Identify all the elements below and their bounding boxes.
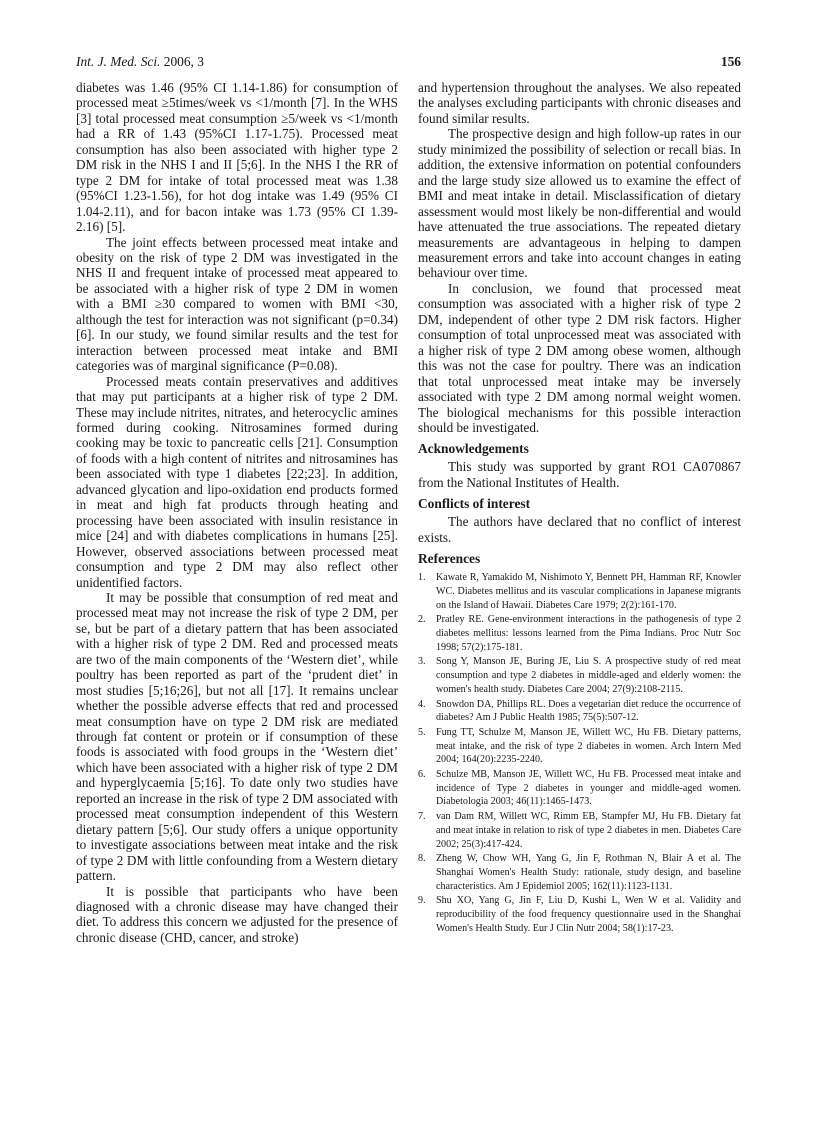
- paragraph: diabetes was 1.46 (95% CI 1.14-1.86) for…: [76, 80, 398, 235]
- reference-number: 9.: [418, 894, 426, 908]
- reference-item: 2.Pratley RE. Gene-environment interacti…: [418, 613, 741, 654]
- acknowledgements-text: This study was supported by grant RO1 CA…: [418, 459, 741, 490]
- reference-item: 8.Zheng W, Chow WH, Yang G, Jin F, Rothm…: [418, 852, 741, 893]
- reference-number: 1.: [418, 571, 426, 585]
- reference-text: Song Y, Manson JE, Buring JE, Liu S. A p…: [436, 656, 741, 694]
- reference-text: Zheng W, Chow WH, Yang G, Jin F, Rothman…: [436, 853, 741, 891]
- reference-text: Shu XO, Yang G, Jin F, Liu D, Kushi L, W…: [436, 895, 741, 933]
- reference-text: Fung TT, Schulze M, Manson JE, Willett W…: [436, 727, 741, 765]
- conflicts-text: The authors have declared that no confli…: [418, 514, 741, 545]
- reference-text: van Dam RM, Willett WC, Rimm EB, Stampfe…: [436, 811, 741, 849]
- reference-number: 6.: [418, 768, 426, 782]
- reference-item: 4.Snowdon DA, Phillips RL. Does a vegeta…: [418, 698, 741, 725]
- reference-text: Pratley RE. Gene-environment interaction…: [436, 614, 741, 652]
- reference-item: 9.Shu XO, Yang G, Jin F, Liu D, Kushi L,…: [418, 894, 741, 935]
- page-header: Int. J. Med. Sci. 2006, 3 156: [76, 54, 741, 74]
- reference-item: 6.Schulze MB, Manson JE, Willett WC, Hu …: [418, 768, 741, 809]
- paragraph: Processed meats contain preservatives an…: [76, 374, 398, 590]
- acknowledgements-heading: Acknowledgements: [418, 441, 741, 457]
- reference-number: 7.: [418, 810, 426, 824]
- reference-item: 7.van Dam RM, Willett WC, Rimm EB, Stamp…: [418, 810, 741, 851]
- paragraph: The joint effects between processed meat…: [76, 235, 398, 374]
- journal-citation: Int. J. Med. Sci. 2006, 3: [76, 54, 204, 70]
- reference-number: 4.: [418, 698, 426, 712]
- paragraph: It is possible that participants who hav…: [76, 884, 398, 946]
- conflicts-heading: Conflicts of interest: [418, 496, 741, 512]
- reference-number: 5.: [418, 726, 426, 740]
- reference-text: Kawate R, Yamakido M, Nishimoto Y, Benne…: [436, 572, 741, 610]
- references-heading: References: [418, 551, 741, 567]
- paragraph: In conclusion, we found that processed m…: [418, 281, 741, 436]
- journal-name: Int. J. Med. Sci.: [76, 54, 160, 69]
- reference-number: 3.: [418, 655, 426, 669]
- reference-text: Schulze MB, Manson JE, Willett WC, Hu FB…: [436, 769, 741, 807]
- left-column: diabetes was 1.46 (95% CI 1.14-1.86) for…: [76, 80, 398, 945]
- reference-text: Snowdon DA, Phillips RL. Does a vegetari…: [436, 699, 741, 724]
- journal-year-volume: 2006, 3: [164, 54, 204, 69]
- right-column: and hypertension throughout the analyses…: [418, 80, 741, 937]
- paragraph: and hypertension throughout the analyses…: [418, 80, 741, 126]
- page-number: 156: [721, 54, 741, 70]
- paragraph: The prospective design and high follow-u…: [418, 126, 741, 281]
- reference-list: 1.Kawate R, Yamakido M, Nishimoto Y, Ben…: [418, 571, 741, 935]
- reference-number: 2.: [418, 613, 426, 627]
- reference-number: 8.: [418, 852, 426, 866]
- reference-item: 1.Kawate R, Yamakido M, Nishimoto Y, Ben…: [418, 571, 741, 612]
- paragraph: It may be possible that consumption of r…: [76, 590, 398, 884]
- reference-item: 5.Fung TT, Schulze M, Manson JE, Willett…: [418, 726, 741, 767]
- reference-item: 3.Song Y, Manson JE, Buring JE, Liu S. A…: [418, 655, 741, 696]
